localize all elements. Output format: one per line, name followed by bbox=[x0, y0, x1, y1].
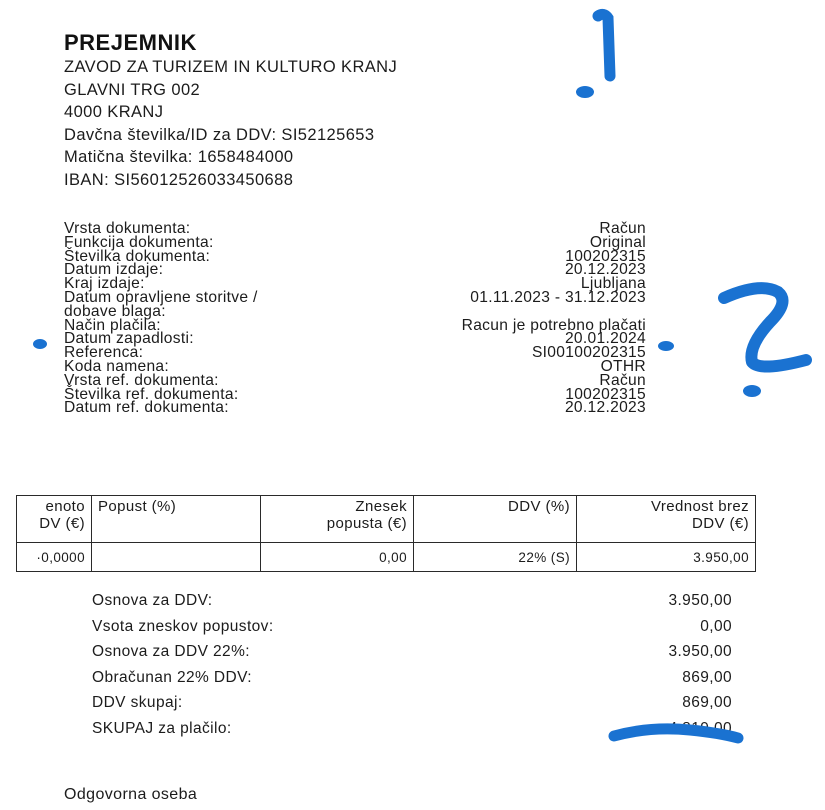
dot-right-icon bbox=[658, 341, 674, 351]
exclamation-mark-icon bbox=[576, 14, 610, 98]
dot-left-icon bbox=[33, 339, 47, 349]
handwritten-annotations bbox=[0, 0, 825, 810]
question-mark-icon bbox=[724, 288, 806, 397]
underline-total-icon bbox=[614, 729, 738, 738]
